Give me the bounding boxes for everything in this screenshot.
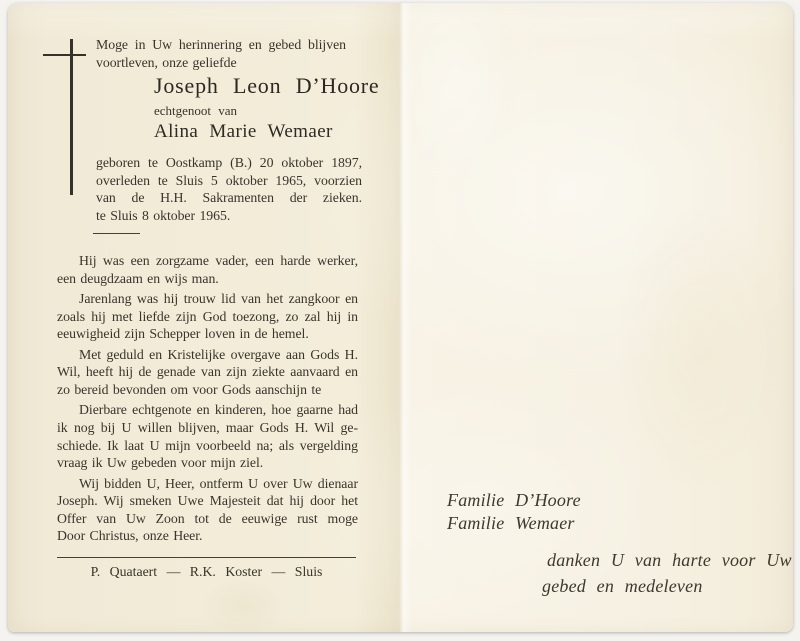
text-line: Wil, heeft hij de genade van zijn ziekte… [57,363,358,381]
divider-short [93,233,140,235]
text-line: Offer van Uw Zoon tot de eeuwige rust mo… [57,510,358,528]
text-line: een deugdzaam en wijs man. [57,270,358,288]
text-line: ik nog bij U willen blijven, maar Gods H… [57,419,358,437]
thanks-note-line-2: gebed en medeleven [542,576,703,597]
memorial-card: Moge in Uw herinnering en gebed blijven … [8,3,793,632]
family-names: Familie D’Hoore Familie Wemaer [447,489,667,535]
printer-imprint: P. Quataert — R.K. Koster — Sluis [57,563,356,580]
text-line: Familie D’Hoore [447,489,667,512]
prayer-paragraph: Wij bidden U, Heer, ontferm U over Uw di… [57,475,358,545]
text-line: te Sluis 8 oktober 1965. [96,207,362,225]
fold-crease [390,3,412,632]
text-line: van de H.H. Sakramenten der zieken. Begr… [96,189,362,207]
text-line: zo bereid bevonden om voor Gods aanschij… [57,381,358,399]
eulogy-paragraph-2: Jarenlang was hij trouw lid van het zang… [57,290,358,343]
thanks-note-line-1: danken U van harte voor Uw [547,550,792,571]
text-line: Met geduld en Kristelijke overgave aan G… [57,346,358,364]
deceased-name: Joseph Leon D’Hoore [154,73,379,99]
intro-text: Moge in Uw herinnering en gebed blijven … [96,36,346,71]
text-line: zoals hij met liefde zijn God toezong, z… [57,308,358,326]
text-line: eeuwigheid zijn Schepper loven in de hem… [57,325,358,343]
text-line: Hij was een zorgzame vader, een harde we… [57,252,358,270]
eulogy-paragraph-3: Met geduld en Kristelijke overgave aan G… [57,346,358,399]
text-line: Wij bidden U, Heer, ontferm U over Uw di… [57,475,358,493]
eulogy-paragraph-4: Dierbare echtgenote en kinderen, hoe gaa… [57,401,358,471]
text-line: Joseph. Wij smeken Uwe Majesteit dat hij… [57,492,358,510]
text-line: geboren te Oostkamp (B.) 20 oktober 1897… [96,154,362,172]
divider-footer [57,557,356,558]
text-line: overleden te Sluis 5 oktober 1965, voorz… [96,172,362,190]
relation-label: echtgenoot van [154,103,237,119]
text-line: Familie Wemaer [447,512,667,535]
scanned-memorial-card-page: Moge in Uw herinnering en gebed blijven … [0,0,800,641]
eulogy-paragraph-1: Hij was een zorgzame vader, een harde we… [57,252,358,287]
spouse-name: Alina Marie Wemaer [154,121,333,143]
vital-record: geboren te Oostkamp (B.) 20 oktober 1897… [96,154,362,224]
text-line: Moge in Uw herinnering en gebed blijven [96,36,346,54]
text-line: Dierbare echtgenote en kinderen, hoe gaa… [57,401,358,419]
cross-stem [70,39,73,195]
text-line: voortleven, onze geliefde [96,54,346,72]
text-line: schiede. Ik laat U mijn voorbeeld na; al… [57,437,358,455]
text-line: Door Christus, onze Heer. [57,527,358,545]
text-line: Jarenlang was hij trouw lid van het zang… [57,290,358,308]
text-line: vraag ik Uw gebeden voor mijn ziel. [57,454,358,472]
cross-arm [43,54,86,57]
eulogy-text: Hij was een zorgzame vader, een harde we… [57,252,358,548]
